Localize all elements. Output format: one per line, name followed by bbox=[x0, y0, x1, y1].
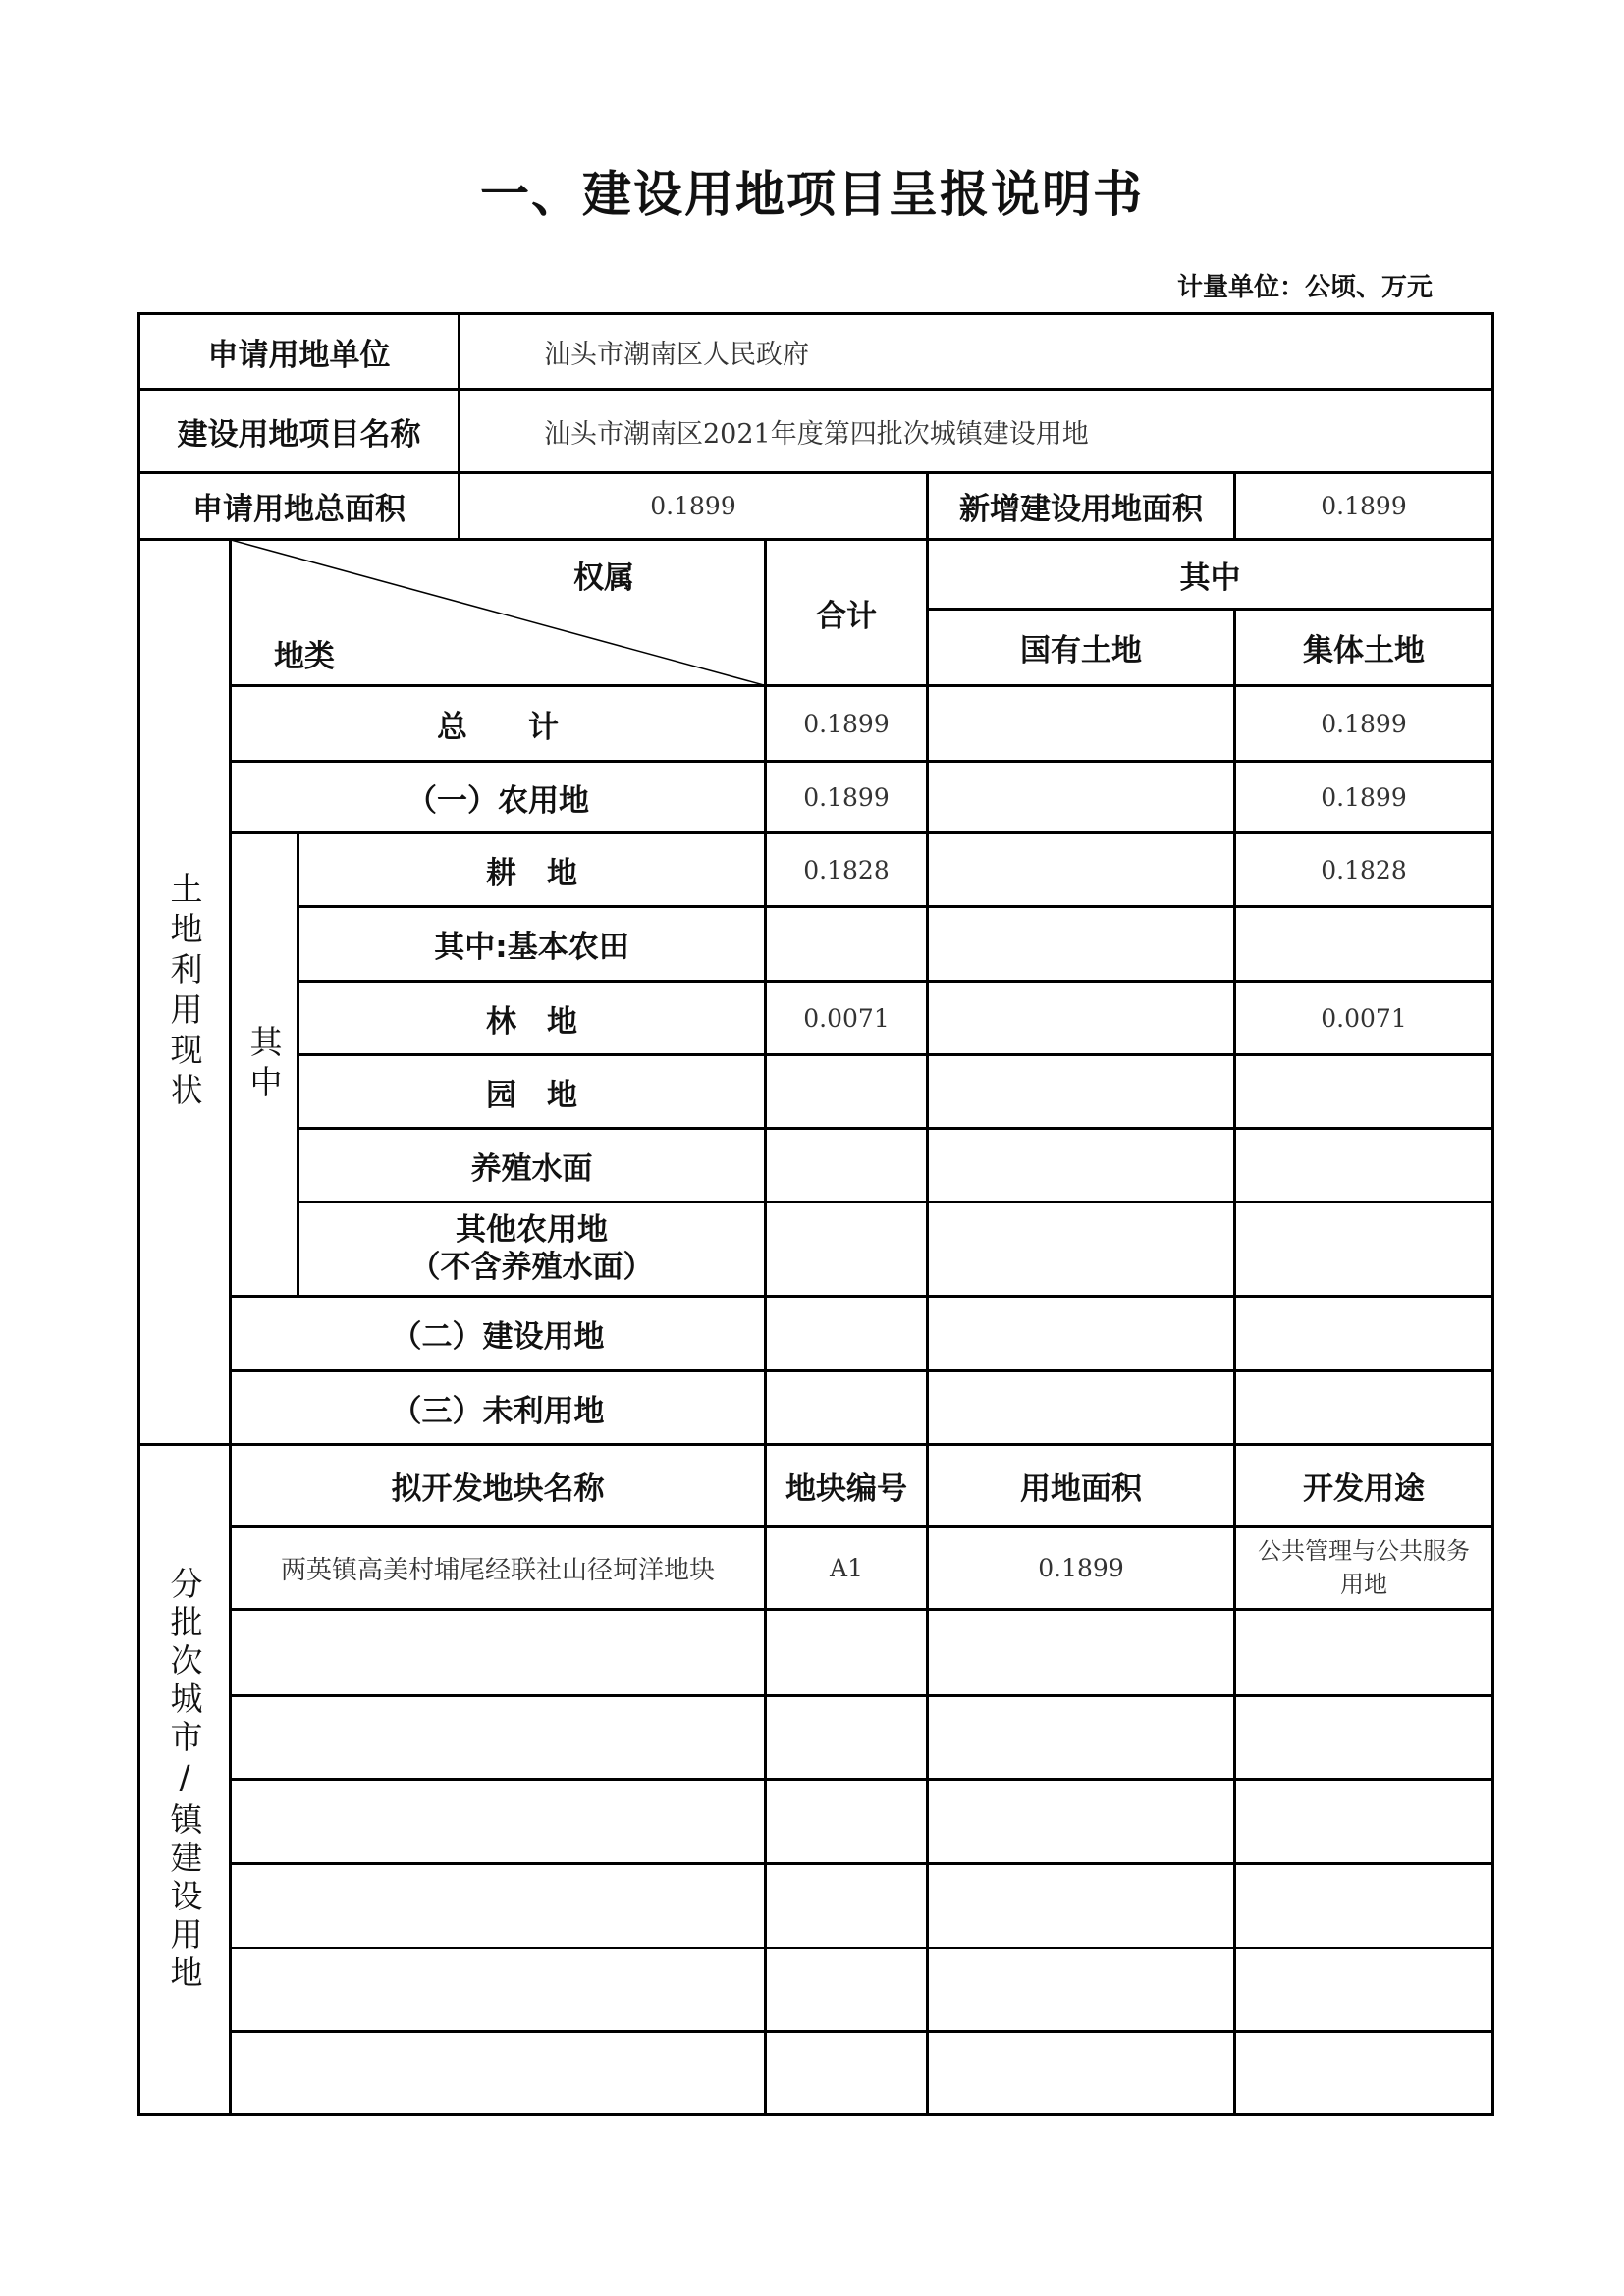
of-which-header: 其中 bbox=[929, 541, 1491, 608]
divider bbox=[229, 1778, 1494, 1781]
row-label-forest: 林 地 bbox=[299, 983, 764, 1053]
row-state-value bbox=[929, 687, 1233, 760]
row-state-value bbox=[929, 1130, 1233, 1201]
batch-section-label: 分批次城市/镇建设用地 bbox=[140, 1446, 229, 2113]
row-label-total: 总 计 bbox=[232, 687, 764, 760]
row-collective-value bbox=[1236, 1056, 1491, 1127]
batch-header-name: 拟开发地块名称 bbox=[232, 1446, 764, 1525]
row-state-value bbox=[929, 763, 1233, 831]
row-label-agricultural: （一）农用地 bbox=[232, 763, 764, 831]
batch-header-code: 地块编号 bbox=[767, 1446, 926, 1525]
row-collective-value: 0.1899 bbox=[1236, 687, 1491, 760]
row-collective-value bbox=[1236, 1130, 1491, 1201]
row-label-construction: （二）建设用地 bbox=[232, 1298, 764, 1369]
row-state-value bbox=[929, 983, 1233, 1053]
new-area-label: 新增建设用地面积 bbox=[929, 474, 1233, 538]
page-title: 一、建设用地项目呈报说明书 bbox=[0, 155, 1624, 226]
row-state-value bbox=[929, 1056, 1233, 1127]
row-total-value bbox=[767, 1298, 926, 1369]
batch-header-area: 用地面积 bbox=[929, 1446, 1233, 1525]
batch-row-name: 两英镇高美村埔尾经联社山径坷洋地块 bbox=[232, 1528, 764, 1608]
row-collective-value bbox=[1236, 1298, 1491, 1369]
row-total-value: 0.0071 bbox=[767, 983, 926, 1053]
divider bbox=[229, 1862, 1494, 1865]
batch-row-area: 0.1899 bbox=[929, 1528, 1233, 1608]
sub-group-label: 其中 bbox=[232, 834, 297, 1295]
row-total-value bbox=[767, 1203, 926, 1295]
row-total-value bbox=[767, 1056, 926, 1127]
row-collective-value bbox=[1236, 908, 1491, 980]
row-collective-value: 0.1899 bbox=[1236, 763, 1491, 831]
collective-header: 集体土地 bbox=[1236, 611, 1491, 684]
batch-row-use: 公共管理与公共服务用地 bbox=[1236, 1528, 1491, 1608]
row-collective-value: 0.1828 bbox=[1236, 834, 1491, 905]
row-label-line1: 其他农用地 bbox=[456, 1212, 608, 1249]
row-total-value bbox=[767, 908, 926, 980]
row-collective-value bbox=[1236, 1203, 1491, 1295]
row-total-value: 0.1828 bbox=[767, 834, 926, 905]
total-area-value: 0.1899 bbox=[460, 474, 926, 538]
divider bbox=[229, 1608, 1494, 1611]
project-label: 建设用地项目名称 bbox=[140, 391, 458, 471]
ownership-header: 权属 bbox=[550, 555, 658, 594]
row-state-value bbox=[929, 908, 1233, 980]
row-state-value bbox=[929, 1203, 1233, 1295]
total-header: 合计 bbox=[767, 541, 926, 684]
new-area-value: 0.1899 bbox=[1236, 474, 1491, 538]
row-total-value bbox=[767, 1372, 926, 1443]
row-label-aquaculture: 养殖水面 bbox=[299, 1130, 764, 1201]
batch-header-use: 开发用途 bbox=[1236, 1446, 1491, 1525]
applicant-value: 汕头市潮南区人民政府 bbox=[460, 315, 1491, 388]
row-label-unused: （三）未利用地 bbox=[232, 1372, 764, 1443]
applicant-label: 申请用地单位 bbox=[140, 315, 458, 388]
row-label-basic-farmland: 其中:基本农田 bbox=[299, 908, 764, 980]
state-owned-header: 国有土地 bbox=[929, 611, 1233, 684]
divider bbox=[229, 1947, 1494, 1949]
divider bbox=[137, 2113, 1494, 2116]
row-label-cultivated: 耕 地 bbox=[299, 834, 764, 905]
land-status-section-label: 土地利用现状 bbox=[140, 541, 229, 1443]
row-label-garden: 园 地 bbox=[299, 1056, 764, 1127]
row-label-line2: （不含养殖水面） bbox=[410, 1250, 654, 1286]
row-state-value bbox=[929, 834, 1233, 905]
row-collective-value bbox=[1236, 1372, 1491, 1443]
land-type-header: 地类 bbox=[250, 633, 358, 672]
divider bbox=[1491, 312, 1494, 2116]
row-state-value bbox=[929, 1298, 1233, 1369]
unit-note: 计量单位：公顷、万元 bbox=[1177, 267, 1433, 303]
row-total-value: 0.1899 bbox=[767, 687, 926, 760]
row-collective-value: 0.0071 bbox=[1236, 983, 1491, 1053]
row-label-other-agricultural: 其他农用地 （不含养殖水面） bbox=[299, 1203, 764, 1295]
row-state-value bbox=[929, 1372, 1233, 1443]
row-total-value: 0.1899 bbox=[767, 763, 926, 831]
project-value: 汕头市潮南区2021年度第四批次城镇建设用地 bbox=[460, 391, 1491, 471]
row-total-value bbox=[767, 1130, 926, 1201]
divider bbox=[229, 2030, 1494, 2033]
batch-row-code: A1 bbox=[767, 1528, 926, 1608]
total-area-label: 申请用地总面积 bbox=[140, 474, 458, 538]
divider bbox=[229, 1694, 1494, 1697]
